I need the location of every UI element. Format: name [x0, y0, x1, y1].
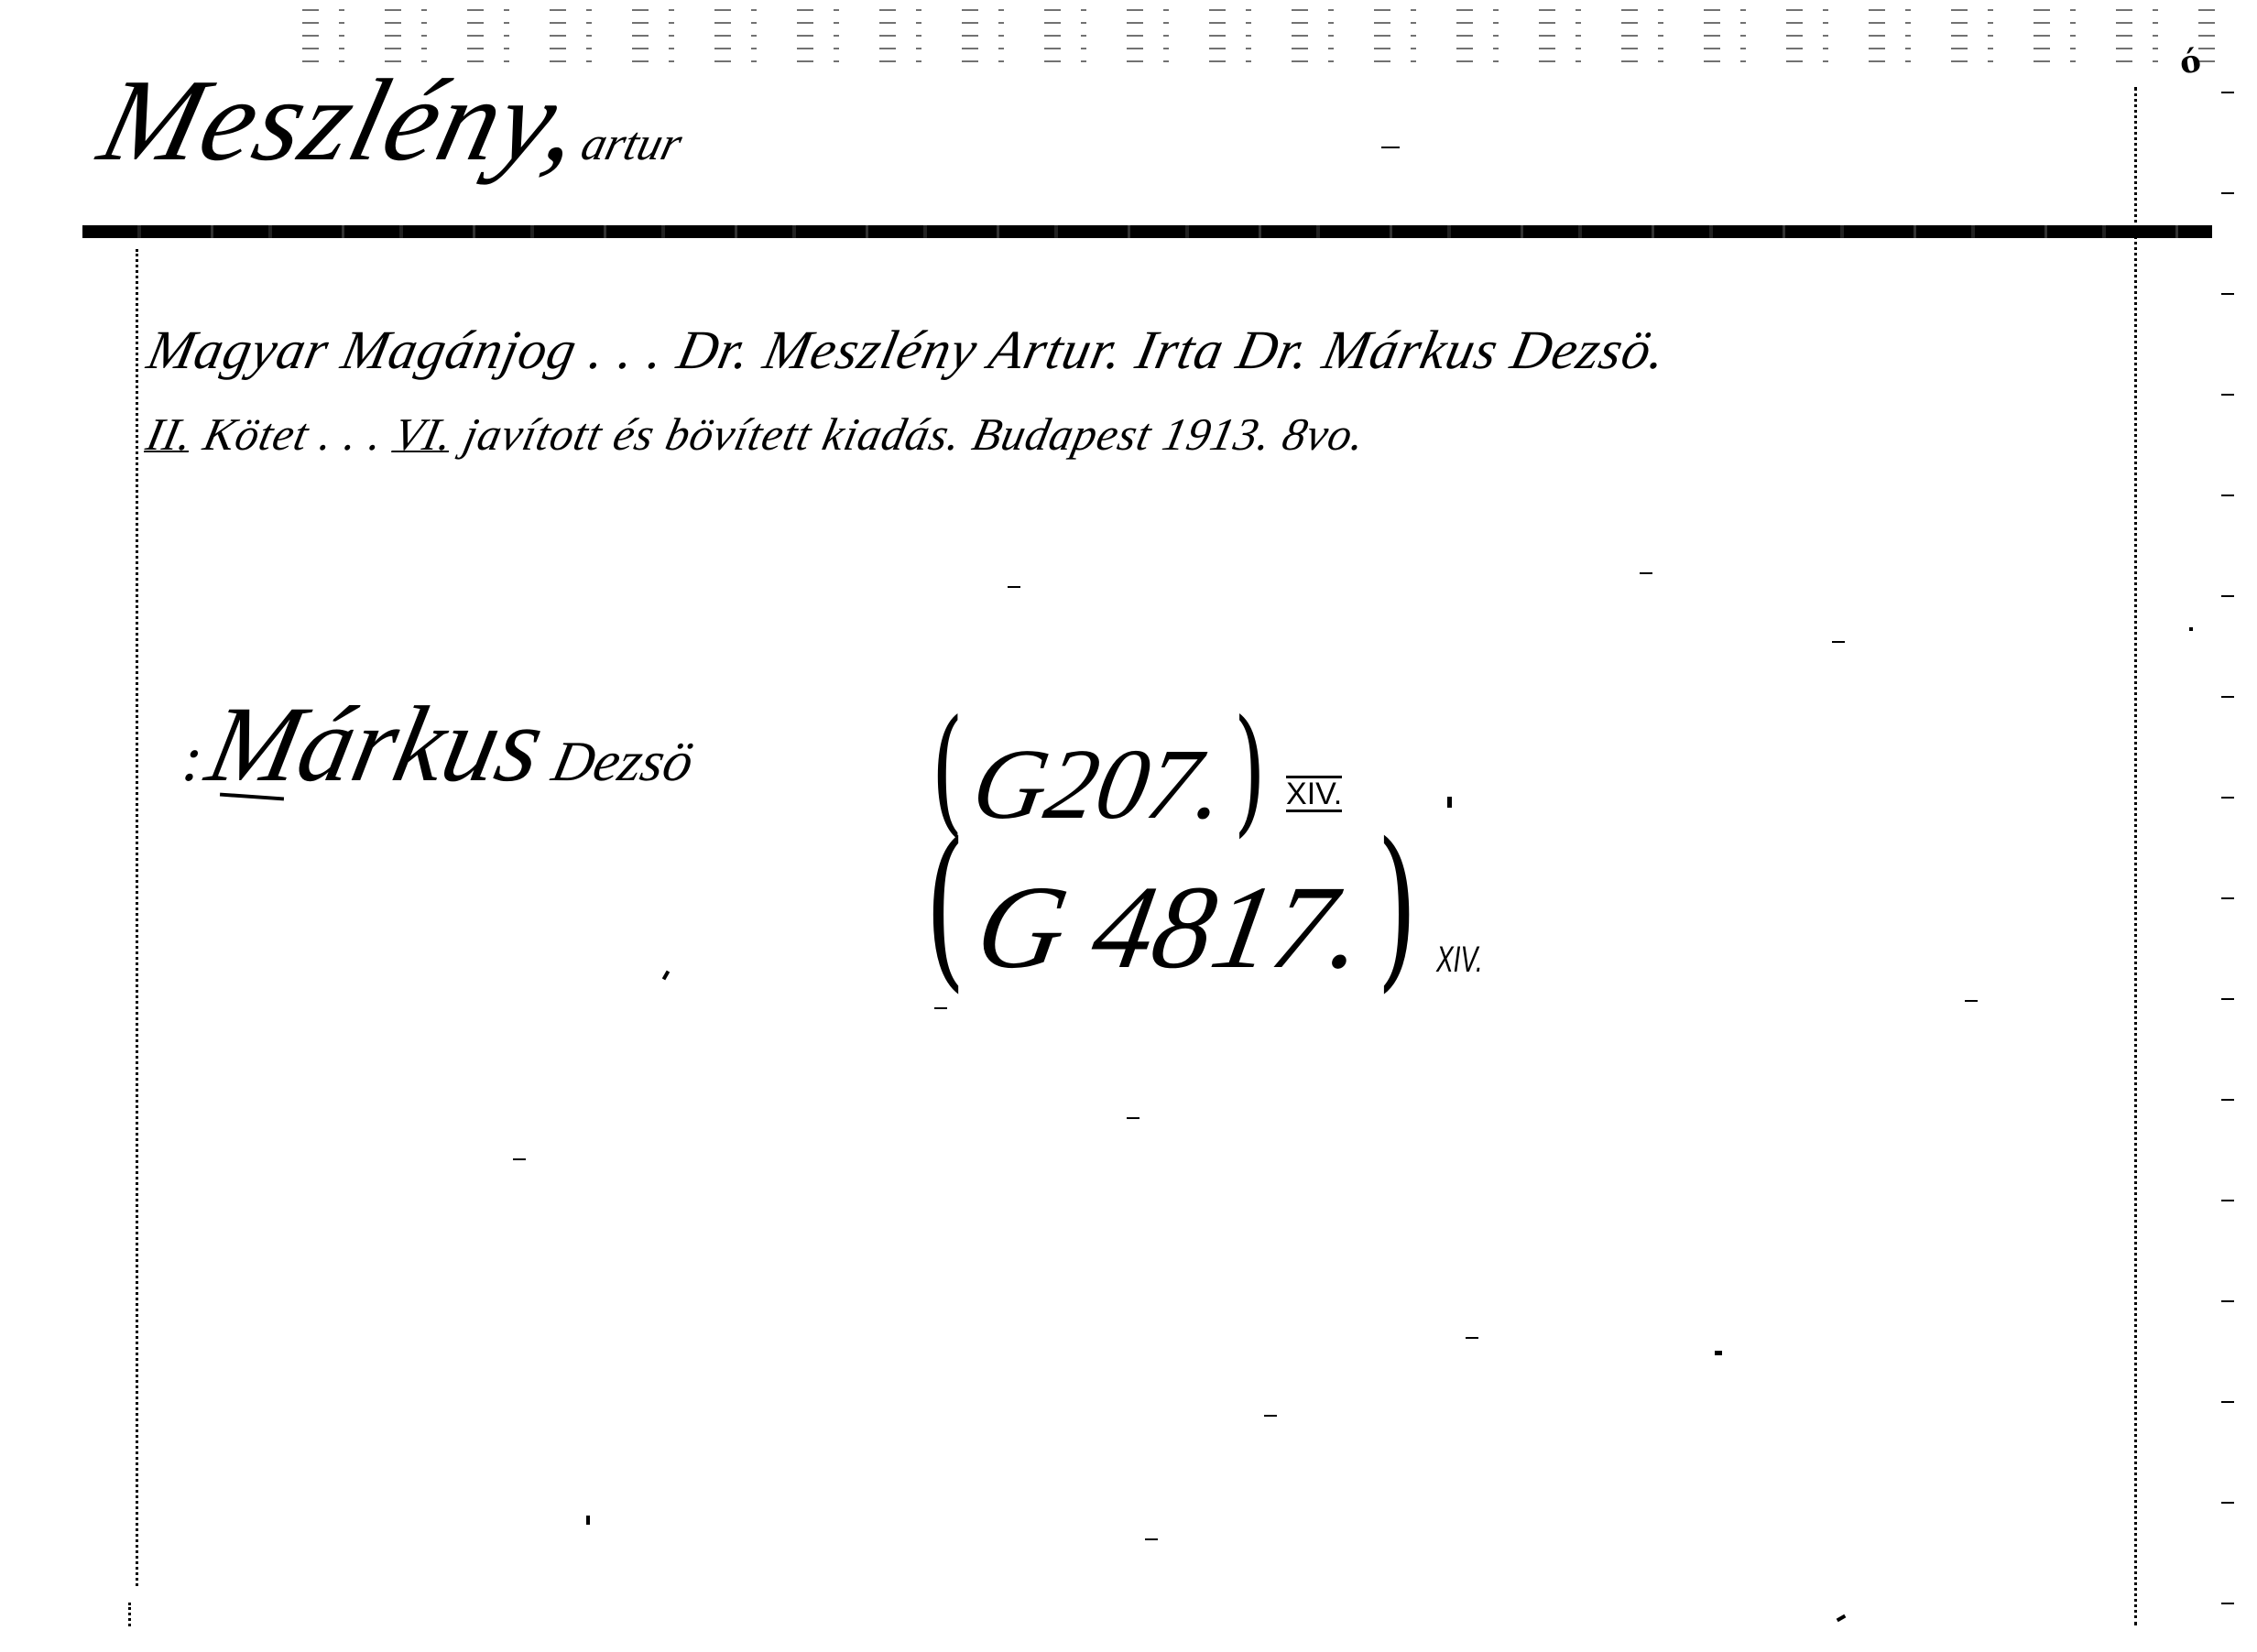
scan-speck — [1965, 1000, 1978, 1002]
scan-speck — [1127, 1117, 1139, 1119]
left-dotted-border — [136, 249, 138, 1586]
scan-speck — [1381, 147, 1400, 148]
heading-surname: Meszlény, — [89, 55, 597, 185]
call-number-2: (G 4817.)XIV. — [911, 806, 1503, 1008]
subject-given-name: Dezsö — [547, 731, 699, 793]
entry-title-line: Magyar Magánjog . . . Dr. Meszlény Artur… — [142, 319, 1673, 382]
left-dotted-border-tail — [128, 1603, 131, 1626]
scan-speck — [1264, 1415, 1277, 1417]
edition-imprint: javított és bövített kiadás. Budapest 19… — [447, 408, 1370, 460]
heading-rule — [82, 225, 2212, 238]
scan-speck — [1837, 1614, 1847, 1622]
scan-speck — [1008, 586, 1020, 588]
right-dotted-border — [2134, 87, 2137, 1625]
entry-edition-line: II. Kötet . . . VI. javított és bövített… — [142, 408, 1370, 461]
scan-speck — [1145, 1538, 1158, 1540]
shelf-mark: XIV. — [1436, 940, 1483, 981]
call-number-code: G 4817. — [967, 859, 1375, 996]
subject-heading: :MárkusDezsö — [174, 682, 709, 807]
scan-speck — [513, 1158, 526, 1160]
call-number-close-paren: ) — [1377, 806, 1417, 1008]
subject-surname: Márkus — [198, 684, 553, 804]
scan-speck — [1447, 797, 1452, 808]
scan-speck — [2189, 627, 2193, 631]
catalog-card: ó Meszlény, artur Magyar Magánjog . . . … — [0, 0, 2257, 1652]
volume-label: Kötet . . . — [187, 408, 400, 460]
edge-scan-ticks — [2221, 27, 2234, 1639]
scan-speck — [1466, 1337, 1478, 1339]
scan-speck — [934, 1007, 947, 1009]
scan-speck — [586, 1516, 590, 1525]
call-number-open-paren: ( — [925, 806, 965, 1008]
scan-speck — [1715, 1351, 1722, 1355]
card-heading: Meszlény, artur — [88, 53, 703, 188]
scan-speck — [1832, 641, 1845, 643]
heading-given-name: artur — [576, 118, 687, 170]
scan-speck — [1640, 572, 1652, 574]
scan-speck — [662, 971, 670, 981]
